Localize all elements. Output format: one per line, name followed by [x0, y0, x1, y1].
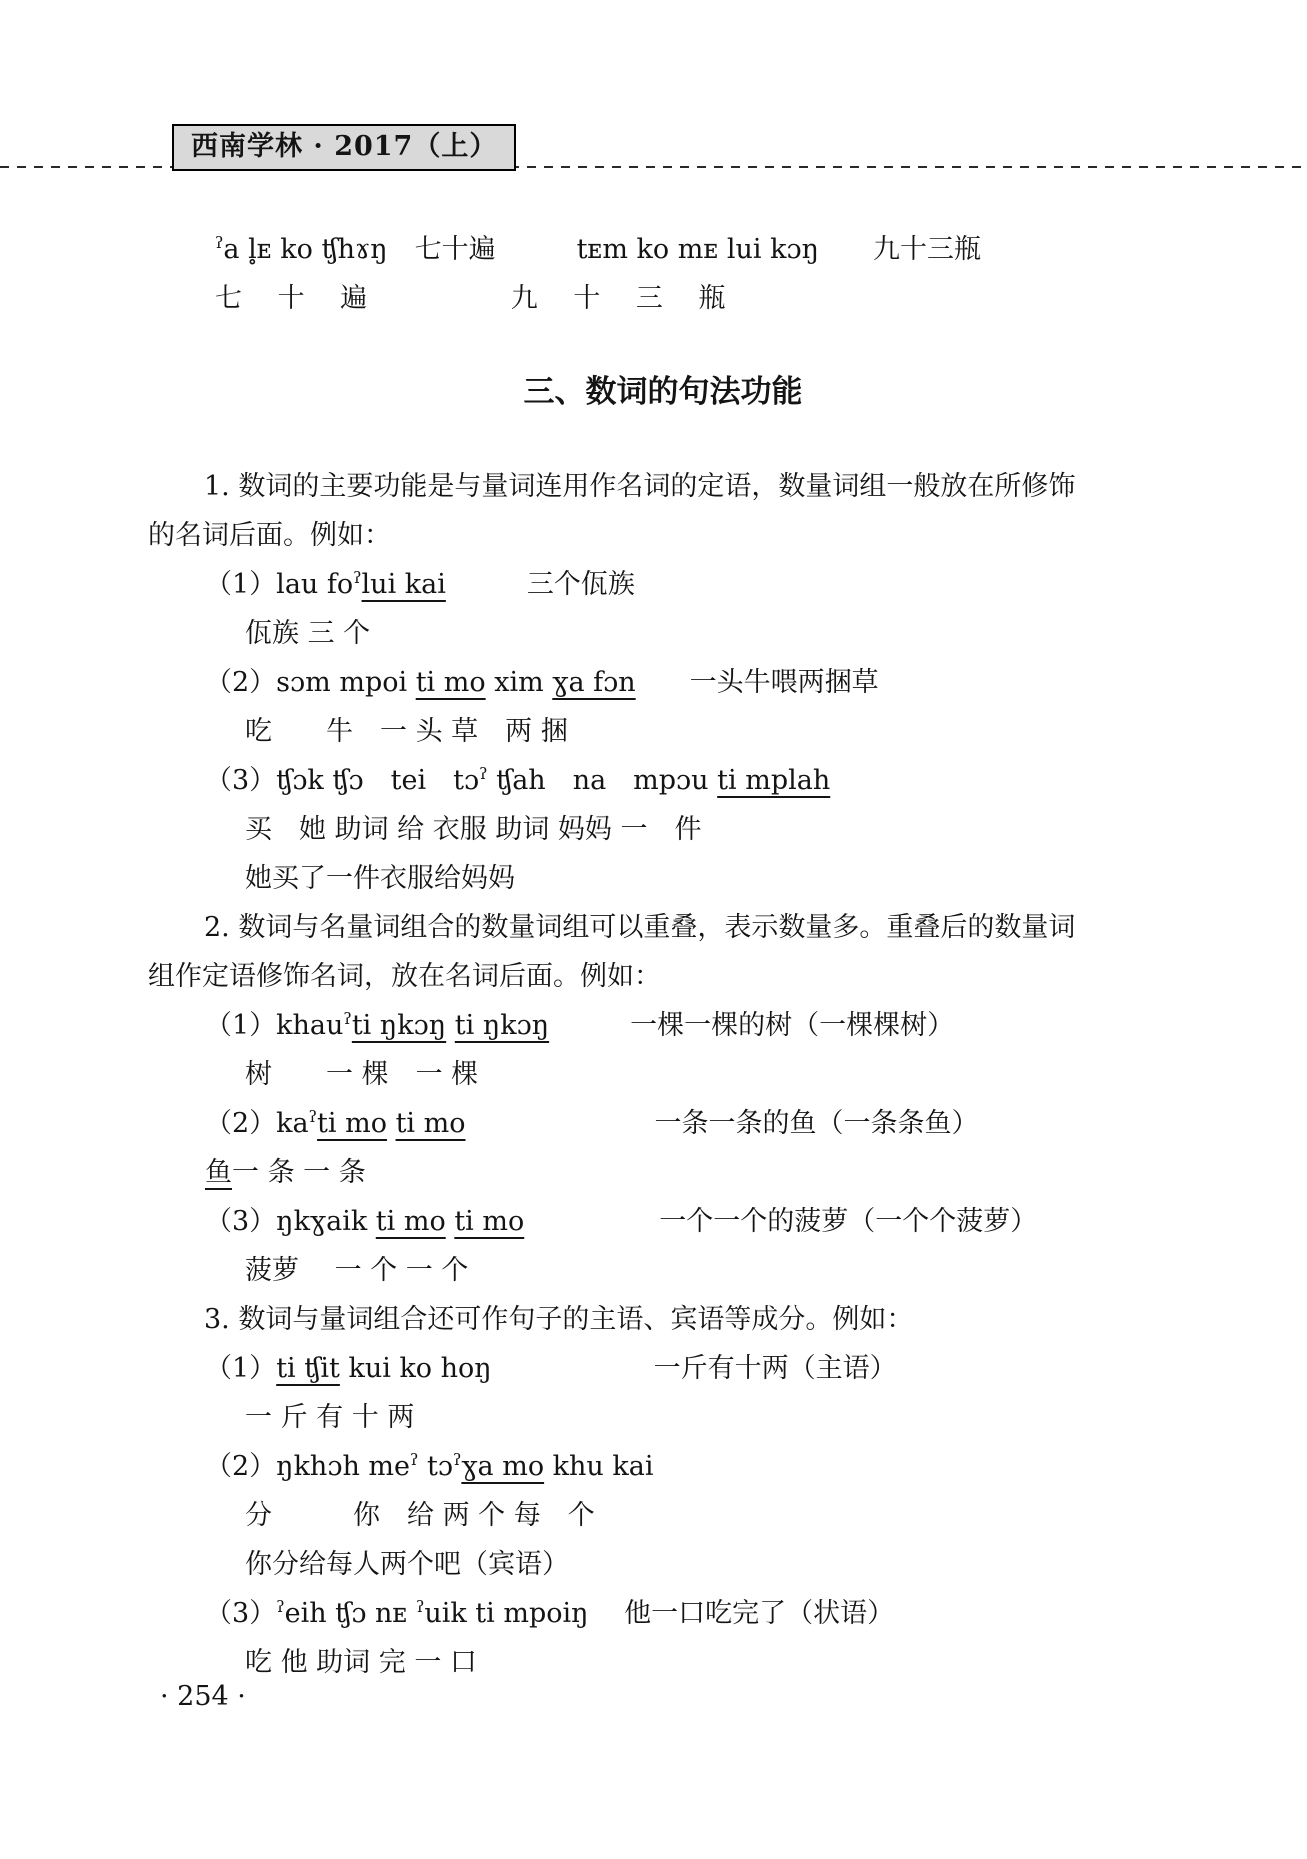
text-segment: 三个佤族	[446, 569, 635, 600]
text-segment: 分 你 给 两 个 每 个	[245, 1500, 595, 1531]
text-segment: 3. 数词与量词组合还可作句子的主语、宾语等成分。例如：	[204, 1304, 913, 1335]
paragraph-1-line-1: 1. 数词的主要功能是与量词连用作名词的定语，数量词组一般放在所修饰	[148, 462, 1178, 511]
text-segment: uik ti mpoiŋ 他一口吃完了（状语）	[424, 1598, 894, 1629]
text-segment: 一头牛喂两捆草	[636, 667, 879, 698]
intro-ipa-line: ʔa l̥ᴇ ko ʧhɤŋ 七十遍 tᴇm ko mᴇ lui kɔŋ 九十三…	[148, 225, 1178, 274]
text-segment: （3）ŋkɣaik	[205, 1206, 376, 1237]
text-segment: 组作定语修饰名词，放在名词后面。例如：	[148, 961, 661, 992]
paragraph-2-line-1: 2. 数词与名量词组合的数量词组可以重叠，表示数量多。重叠后的数量词	[148, 903, 1178, 952]
superscript-glottal-stop: ʔ	[353, 568, 361, 587]
superscript-glottal-stop: ʔ	[276, 1597, 284, 1616]
gloss-2-2: 鱼一 条 一 条	[148, 1148, 1178, 1197]
underlined-ipa-segment: ti mo	[454, 1206, 524, 1237]
text-segment: eih ʧɔ nᴇ	[285, 1598, 416, 1629]
paragraph-3-line-1: 3. 数词与量词组合还可作句子的主语、宾语等成分。例如：	[148, 1295, 1178, 1344]
text-segment: 她买了一件衣服给妈妈	[245, 863, 515, 894]
underlined-ipa-segment: ti mo	[376, 1206, 446, 1237]
text-segment: （3）	[205, 1598, 276, 1629]
document-page: 西南学林 · 2017（上） ʔa l̥ᴇ ko ʧhɤŋ 七十遍 tᴇm ko…	[0, 0, 1307, 1859]
text-segment: （2）ŋkhɔh me	[205, 1451, 410, 1482]
gloss-1-2: 吃 牛 一 头 草 两 捆	[148, 707, 1178, 756]
page-number: · 254 ·	[160, 1672, 246, 1721]
text-segment: （3）ʧɔk ʧɔ tei tɔ	[205, 765, 479, 796]
text-segment	[446, 1010, 455, 1041]
journal-header-badge: 西南学林 · 2017（上）	[172, 124, 516, 171]
paragraph-2-line-2: 组作定语修饰名词，放在名词后面。例如：	[148, 952, 1178, 1001]
translation-3-2: 你分给每人两个吧（宾语）	[148, 1540, 1178, 1589]
gloss-3-2: 分 你 给 两 个 每 个	[148, 1491, 1178, 1540]
underlined-ipa-segment: ti ŋkɔŋ	[352, 1010, 446, 1041]
text-segment: 1. 数词的主要功能是与量词连用作名词的定语，数量词组一般放在所修饰	[204, 471, 1075, 502]
text-segment: ʧah na mpɔu	[487, 765, 717, 796]
example-1-2: （2）sɔm mpoi ti mo xim ɣa fɔn 一头牛喂两捆草	[148, 658, 1178, 707]
text-segment: 你分给每人两个吧（宾语）	[245, 1549, 569, 1580]
text-segment: 七 十 遍 九 十 三 瓶	[215, 283, 726, 314]
example-3-2: （2）ŋkhɔh meʔ tɔʔɣa mo khu kai	[148, 1442, 1178, 1491]
text-segment: 一 条 一 条	[232, 1157, 366, 1188]
text-segment: 买 她 助词 给 衣服 助词 妈妈 一 件	[245, 814, 702, 845]
text-segment: （1）lau fo	[205, 569, 353, 600]
text-segment: 佤族 三 个	[245, 618, 370, 649]
underlined-ipa-segment: ti mplah	[717, 765, 830, 796]
text-segment: （2）sɔm mpoi	[205, 667, 416, 698]
underlined-ipa-segment: ɣa mo	[461, 1451, 544, 1482]
text-segment: 吃 牛 一 头 草 两 捆	[245, 716, 568, 747]
text-segment: 一个一个的菠萝（一个个菠萝）	[524, 1206, 1037, 1237]
gloss-3-3: 吃 他 助词 完 一 口	[148, 1638, 1178, 1687]
underlined-ipa-segment: ti mo	[317, 1108, 387, 1139]
example-1-3: （3）ʧɔk ʧɔ tei tɔʔ ʧah na mpɔu ti mplah	[148, 756, 1178, 805]
underlined-ipa-segment: ɣa fɔn	[552, 667, 635, 698]
text-segment: 吃 他 助词 完 一 口	[245, 1647, 477, 1678]
text-segment: （1）	[205, 1353, 276, 1384]
text-segment: 一条一条的鱼（一条条鱼）	[466, 1108, 979, 1139]
text-segment: 一 斤 有 十 两	[245, 1402, 414, 1433]
gloss-1-3: 买 她 助词 给 衣服 助词 妈妈 一 件	[148, 805, 1178, 854]
text-segment: 三、数词的句法功能	[524, 374, 803, 410]
text-segment: tɔ	[418, 1451, 453, 1482]
text-segment: khu kai	[544, 1451, 653, 1482]
text-segment: 树 一 棵 一 棵	[245, 1059, 478, 1090]
underlined-ipa-segment: lui kai	[362, 569, 446, 600]
paragraph-1-line-2: 的名词后面。例如：	[148, 511, 1178, 560]
content-lines: ʔa l̥ᴇ ko ʧhɤŋ 七十遍 tᴇm ko mᴇ lui kɔŋ 九十三…	[148, 225, 1178, 1687]
text-segment: 的名词后面。例如：	[148, 520, 391, 551]
intro-gloss-line: 七 十 遍 九 十 三 瓶	[148, 274, 1178, 323]
gloss-3-1: 一 斤 有 十 两	[148, 1393, 1178, 1442]
example-2-3: （3）ŋkɣaik ti mo ti mo 一个一个的菠萝（一个个菠萝）	[148, 1197, 1178, 1246]
superscript-glottal-stop: ʔ	[343, 1009, 351, 1028]
text-segment: 2. 数词与名量词组合的数量词组可以重叠，表示数量多。重叠后的数量词	[204, 912, 1075, 943]
text-segment: xim	[486, 667, 553, 698]
text-segment: （2）ka	[205, 1108, 309, 1139]
translation-1-3: 她买了一件衣服给妈妈	[148, 854, 1178, 903]
example-2-1: （1）khauʔti ŋkɔŋ ti ŋkɔŋ 一棵一棵的树（一棵棵树）	[148, 1001, 1178, 1050]
text-segment: 一斤有十两（主语）	[492, 1353, 897, 1384]
text-segment	[387, 1108, 396, 1139]
underlined-ipa-segment: ti mo	[416, 667, 486, 698]
text-segment: kui ko hoŋ	[340, 1353, 492, 1384]
gloss-2-1: 树 一 棵 一 棵	[148, 1050, 1178, 1099]
example-3-3: （3）ʔeih ʧɔ nᴇ ʔuik ti mpoiŋ 他一口吃完了（状语）	[148, 1589, 1178, 1638]
example-3-1: （1）ti ʧit kui ko hoŋ 一斤有十两（主语）	[148, 1344, 1178, 1393]
underlined-ipa-segment: ti mo	[396, 1108, 466, 1139]
example-1-1: （1）lau foʔlui kai 三个佤族	[148, 560, 1178, 609]
section-title: 三、数词的句法功能	[148, 368, 1178, 417]
superscript-glottal-stop: ʔ	[309, 1107, 317, 1126]
text-segment: 一棵一棵的树（一棵棵树）	[549, 1010, 954, 1041]
underlined-ipa-segment: ti ŋkɔŋ	[455, 1010, 549, 1041]
text-segment: （1）khau	[205, 1010, 343, 1041]
text-segment: a l̥ᴇ ko ʧhɤŋ 七十遍 tᴇm ko mᴇ lui kɔŋ 九十三瓶	[223, 234, 981, 265]
gloss-2-3: 菠萝 一 个 一 个	[148, 1246, 1178, 1295]
example-2-2: （2）kaʔti mo ti mo 一条一条的鱼（一条条鱼）	[148, 1099, 1178, 1148]
page-content: ʔa l̥ᴇ ko ʧhɤŋ 七十遍 tᴇm ko mᴇ lui kɔŋ 九十三…	[148, 225, 1178, 1687]
text-segment: 菠萝 一 个 一 个	[245, 1255, 468, 1286]
underlined-ipa-segment: ti ʧit	[276, 1353, 340, 1384]
underlined-ipa-segment: 鱼	[205, 1157, 232, 1188]
gloss-1-1: 佤族 三 个	[148, 609, 1178, 658]
